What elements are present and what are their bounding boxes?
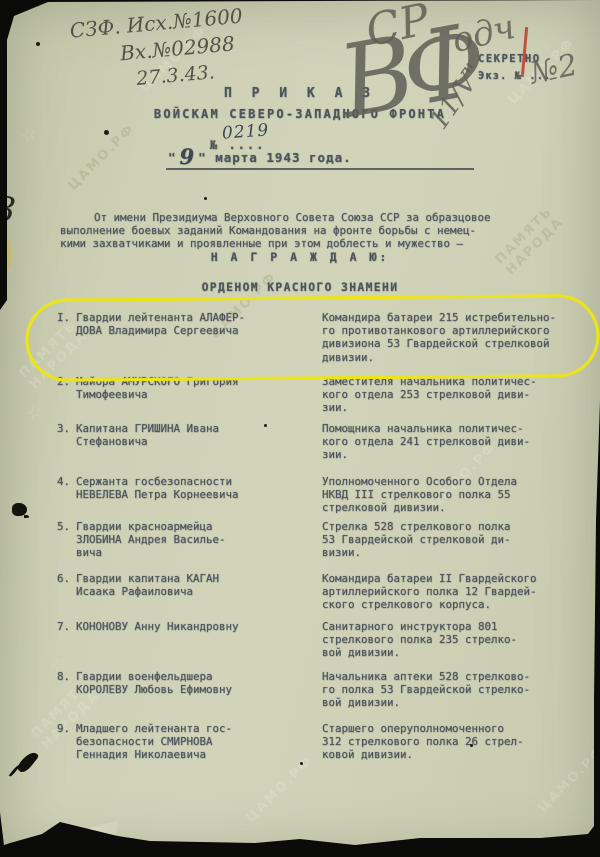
registration-note: СЗФ. Исх.№1600 Вх.№02988 27.3.43. [69, 3, 249, 99]
entry-recipient: Сержанта госбезопасности НЕВЕЛЕВА Петра … [76, 475, 314, 501]
paper-speck [104, 130, 109, 135]
watermark-tsamo: ЦАМО.РФ [244, 753, 316, 825]
entry-citation: Уполномоченного Особого Отдела НКВД III … [322, 475, 592, 515]
document-page: ЦАМО.РФ ЦАМО.РФ ЦАМО.РФ ЦАМО.РФ ЦАМО.РФ … [0, 0, 600, 857]
paper-speck [470, 744, 473, 747]
date-text: " марта 1943 года. [198, 150, 351, 165]
watermark-tsamo: ЦАМО.РФ [66, 121, 138, 193]
highlight-oval-stroke [27, 296, 599, 381]
page-corner-fold [43, 820, 119, 848]
entry-recipient: КОНОНОВУ Анну Никандровну [76, 620, 314, 633]
entry-citation: Начальника аптеки 528 стрелково- го полк… [322, 670, 592, 710]
paper-speck [204, 197, 207, 200]
entry-number: 5. [57, 520, 70, 533]
entry-number: 6. [57, 572, 70, 585]
open-quote: " [168, 150, 177, 165]
date-line: "9" марта 1943 года. [168, 150, 352, 165]
paper-speck [36, 42, 40, 46]
entry-recipient: Гвардии красноармейца ЗЛОБИНА Андрея Вас… [76, 520, 314, 560]
entry-recipient: Гвардии военфельдшера КОРОЛЕВУ Любовь Еф… [76, 670, 314, 696]
entry-number: 9. [57, 722, 70, 735]
preamble: От имени Президиума Верховного Совета Со… [60, 211, 546, 250]
entry-number: 3. [57, 422, 70, 435]
paper-speck [264, 424, 267, 427]
paper-speck [300, 762, 303, 765]
entry-recipient: Капитана ГРИШИНА Ивана Стефановича [76, 422, 314, 448]
ink-blot [12, 503, 27, 516]
award-action: Н А Г Р А Ж Д А Ю: [0, 250, 600, 264]
entry-citation: Старшего оперуполномоченного 312 стрелко… [322, 722, 592, 762]
entry-citation: Помощника начальника политичес- кого отд… [322, 422, 592, 462]
document-subtitle: ВОЙСКАМ СЕВЕРО-ЗАПАДНОГО ФРОНТА [0, 107, 600, 121]
entry-number: 4. [57, 475, 70, 488]
star-icon: ☆ [21, 394, 46, 428]
entry-number: 8. [57, 670, 70, 683]
entry-recipient: Младшего лейтенанта гос- безопасности СМ… [76, 722, 314, 762]
entry-number: 7. [57, 620, 70, 633]
day-handwritten: 9 [180, 152, 196, 162]
highlight-oval [24, 291, 600, 386]
scanned-document: ЦАМО.РФ ЦАМО.РФ ЦАМО.РФ ЦАМО.РФ ЦАМО.РФ … [0, 0, 600, 857]
paper-stain [0, 236, 11, 272]
edge-ink-mark: З [0, 189, 17, 231]
entry-citation: Командира батареи II Гвардейского артилл… [322, 572, 592, 612]
order-number-handwritten: 0219 [221, 120, 270, 143]
date-underline [166, 168, 474, 170]
entry-citation: Санитарного инструктора 801 стрелкового … [322, 620, 592, 660]
star-icon: ☆ [15, 116, 40, 150]
entry-citation: Стрелка 528 стрелкового полка 53 Гвардей… [322, 520, 592, 560]
ink-blot [16, 749, 39, 775]
entry-recipient: Гвардии капитана КАГАН Исаака Рафаилович… [76, 572, 314, 598]
